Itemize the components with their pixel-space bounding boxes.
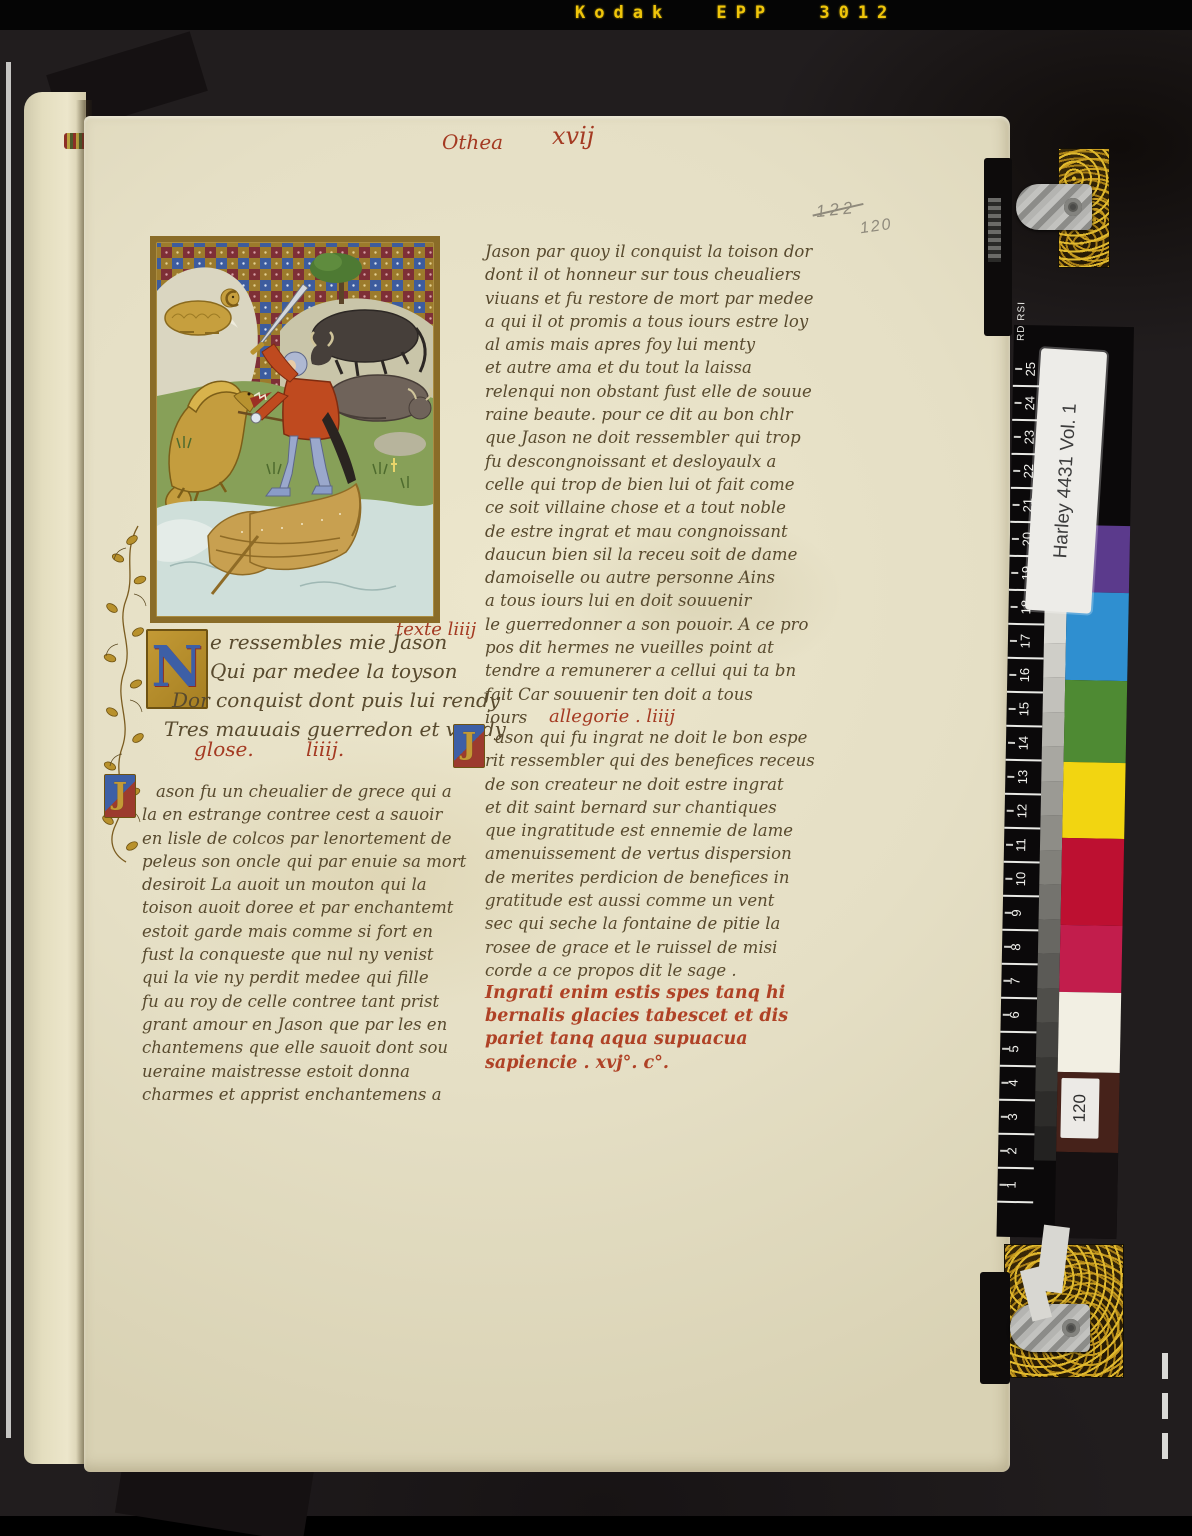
manuscript-line: qui la vie ny perdit medee qui fille [142, 968, 466, 991]
manuscript-line: pariet tanq aqua supuacua [485, 1029, 788, 1052]
color-patch-yellow [1062, 762, 1125, 839]
gray-step [1035, 1091, 1058, 1126]
manuscript-line: sec qui seche la fontaine de pitie la [485, 914, 815, 937]
manuscript-line: fust la conqueste que nul ny venist [142, 945, 466, 968]
manuscript-line: que Jason ne doit ressembler qui trop [485, 428, 814, 451]
manuscript-line: ason qui fu ingrat ne doit le bon espe [485, 728, 815, 751]
manuscript-line: gratitude est aussi comme un vent [485, 891, 815, 914]
manuscript-line: sapiencie . xvj°. c°. [485, 1053, 788, 1076]
gray-step [1041, 746, 1064, 781]
manuscript-line: de son createur ne doit estre ingrat [485, 775, 815, 798]
manuscript-line: ason fu un cheualier de grece qui a [142, 782, 466, 805]
gray-step [1038, 919, 1061, 954]
film-edge-mark [1162, 1393, 1168, 1419]
glose-paragraph: ason fu un cheualier de grece qui a la e… [142, 782, 466, 1108]
manuscript-line: Ingrati enim estis spes tanq hi [485, 983, 788, 1006]
film-edge-mark [1162, 1433, 1168, 1459]
color-patch-white [1058, 992, 1122, 1073]
manuscript-line: celle qui trop de bien lui ot fait come [485, 475, 814, 498]
manuscript-line: e ressembles mie Jason [210, 630, 506, 659]
ruler-unit: 11 [1004, 829, 1041, 864]
manuscript-line: rosee de grace et le ruissel de misi [485, 938, 815, 961]
manuscript-line: peleus son oncle qui par enuie sa mort [142, 852, 466, 875]
ruler-unit: 9 [1002, 897, 1039, 932]
folio-number: 120 [859, 216, 894, 238]
ruler-unit: 12 [1004, 795, 1041, 830]
gray-step [1037, 953, 1060, 988]
color-patch-black [1054, 1152, 1118, 1239]
manuscript-line: al amis mais apres foy lui menty [485, 335, 814, 358]
manuscript-line: que ingratitude est ennemie de lame [485, 821, 815, 844]
manuscript-line: relenqui non obstant fust elle de souue [485, 382, 814, 405]
manuscript-line: fu descongnoissant et desloyaulx a [485, 452, 814, 475]
manuscript-line: viuans et fu restore de mort par medee [485, 289, 814, 312]
gray-step [1040, 815, 1063, 850]
gray-step [1039, 850, 1062, 885]
manuscript-line: amenuissement de vertus dispersion [485, 844, 815, 867]
latin-quotation: Ingrati enim estis spes tanq hi bernalis… [485, 983, 788, 1076]
allegorie-rubric: allegorie . liiij [549, 706, 675, 727]
manuscript-line: chantemens que elle sauoit dont sou [142, 1038, 466, 1061]
running-header-title: Othea [442, 130, 503, 154]
black-strap [980, 1272, 1010, 1384]
gray-step [1043, 643, 1066, 678]
ruler-unit: 8 [1002, 931, 1039, 966]
miniature-jason-and-dragon [150, 236, 440, 623]
ruler-unit: 15 [1006, 693, 1043, 728]
ruler-unit: 7 [1001, 965, 1038, 1000]
color-patch-red [1061, 838, 1125, 926]
manuscript-line: charmes et apprist enchantemens a [142, 1085, 466, 1108]
ruler-unit: 14 [1006, 727, 1043, 762]
manuscript-line: et autre ama et du tout la laissa [485, 358, 814, 381]
gray-step [1042, 712, 1065, 747]
manuscript-line: a tous iours lui en doit souuenir [485, 591, 814, 614]
gray-step [1036, 1022, 1059, 1057]
ruler-unit: 13 [1005, 761, 1042, 796]
manuscript-line: fait Car souuenir ten doit a tous [485, 685, 814, 708]
manuscript-line: de merites perdicion de benefices in [485, 868, 815, 891]
folio-number-crossed-out: 122 [815, 198, 857, 222]
film-edge-mark [6, 62, 11, 1438]
manuscript-line: bernalis glacies tabescet et dis [485, 1006, 788, 1029]
folio-tag-label: 120 [1060, 1078, 1099, 1139]
gray-step [1039, 884, 1062, 919]
manuscript-line: raine beaute. pour ce dit au bon chlr [485, 405, 814, 428]
manuscript-line: corde a ce propos dit le sage . [485, 961, 815, 984]
ruler-unit: 17 [1008, 625, 1045, 660]
film-edge-mark [1162, 1353, 1168, 1379]
metal-clip [1016, 184, 1092, 230]
gray-step [1043, 677, 1066, 712]
gray-step [1041, 781, 1064, 816]
manuscript-line: toison auoit doree et par enchantemt [142, 898, 466, 921]
manuscript-line: ce soit villaine chose et a tout noble [485, 498, 814, 521]
manuscript-line: la en estrange contree cest a sauoir [142, 805, 466, 828]
ruler-unit: 2 [998, 1135, 1035, 1170]
manuscript-line: damoiselle ou autre personne Ains [485, 568, 814, 591]
glose-rubric: glose. liiij. [194, 737, 344, 761]
manuscript-line: tendre a remunerer a cellui qui ta bn [485, 661, 814, 684]
ruler-unit: 6 [1000, 999, 1037, 1034]
gray-step [1044, 608, 1067, 643]
ruler-unit: 4 [999, 1067, 1036, 1102]
manuscript-line: et dit saint bernard sur chantiques [485, 798, 815, 821]
rock [374, 432, 426, 456]
manuscript-line: Jason par quoy il conquist la toison dor [485, 242, 814, 265]
manuscript-line: de estre ingrat et mau congnoissant [485, 522, 814, 545]
allegorie-paragraph: ason qui fu ingrat ne doit le bon espe r… [485, 728, 815, 984]
manuscript-page: Othea xvij 122 120 [84, 116, 1010, 1472]
ruler-unit: 3 [998, 1101, 1035, 1136]
color-patch-green [1064, 680, 1128, 763]
manuscript-line: rit ressembler qui des benefices receus [485, 751, 815, 774]
manuscript-line: en lisle de colcos par lenortement de [142, 829, 466, 852]
film-stock-label: Kodak EPP 3012 [575, 3, 896, 23]
color-calibration-bar: RD RSI 25 24 23 22 21 20 19 18 17 16 15 … [997, 325, 1134, 1239]
gray-step [1037, 988, 1060, 1023]
manuscript-line: Qui par medee la toyson [210, 659, 506, 688]
running-header-number: xvij [552, 122, 594, 150]
color-patch-crimson [1059, 925, 1122, 993]
ruler-unit: 16 [1007, 659, 1044, 694]
manuscript-line: daucun bien sil la receu soit de dame [485, 545, 814, 568]
manuscript-line: Dor conquist dont puis lui rendy [172, 688, 506, 717]
manuscript-line: fu au roy de celle contree tant prist [142, 992, 466, 1015]
champ-initial-j: J [453, 724, 485, 768]
manuscript-line: a qui il ot promis a tous iours estre lo… [485, 312, 814, 335]
manuscript-line: pos dit hermes ne vueilles point at [485, 638, 814, 661]
manuscript-line: ueraine maistresse estoit donna [142, 1062, 466, 1085]
second-column-text: Jason par quoy il conquist la toison dor… [485, 242, 814, 731]
gray-step [1034, 1126, 1057, 1161]
manuscript-line: desiroit La auoit un mouton qui la [142, 875, 466, 898]
ruler-unit: 10 [1003, 863, 1040, 898]
champ-initial-j: J [104, 774, 136, 818]
ruler-unit: 1 [997, 1169, 1034, 1204]
manuscript-line: grant amour en Jason que par les en [142, 1015, 466, 1038]
ruler-unit: 5 [1000, 1033, 1037, 1068]
manuscript-line: estoit garde mais comme si fort en [142, 922, 466, 945]
manuscript-line: le guerredonner a son pouoir. A ce pro [485, 615, 814, 638]
gray-step [1035, 1057, 1058, 1092]
manuscript-line: dont il ot honneur sur tous cheualiers [485, 265, 814, 288]
black-strap [984, 158, 1012, 336]
